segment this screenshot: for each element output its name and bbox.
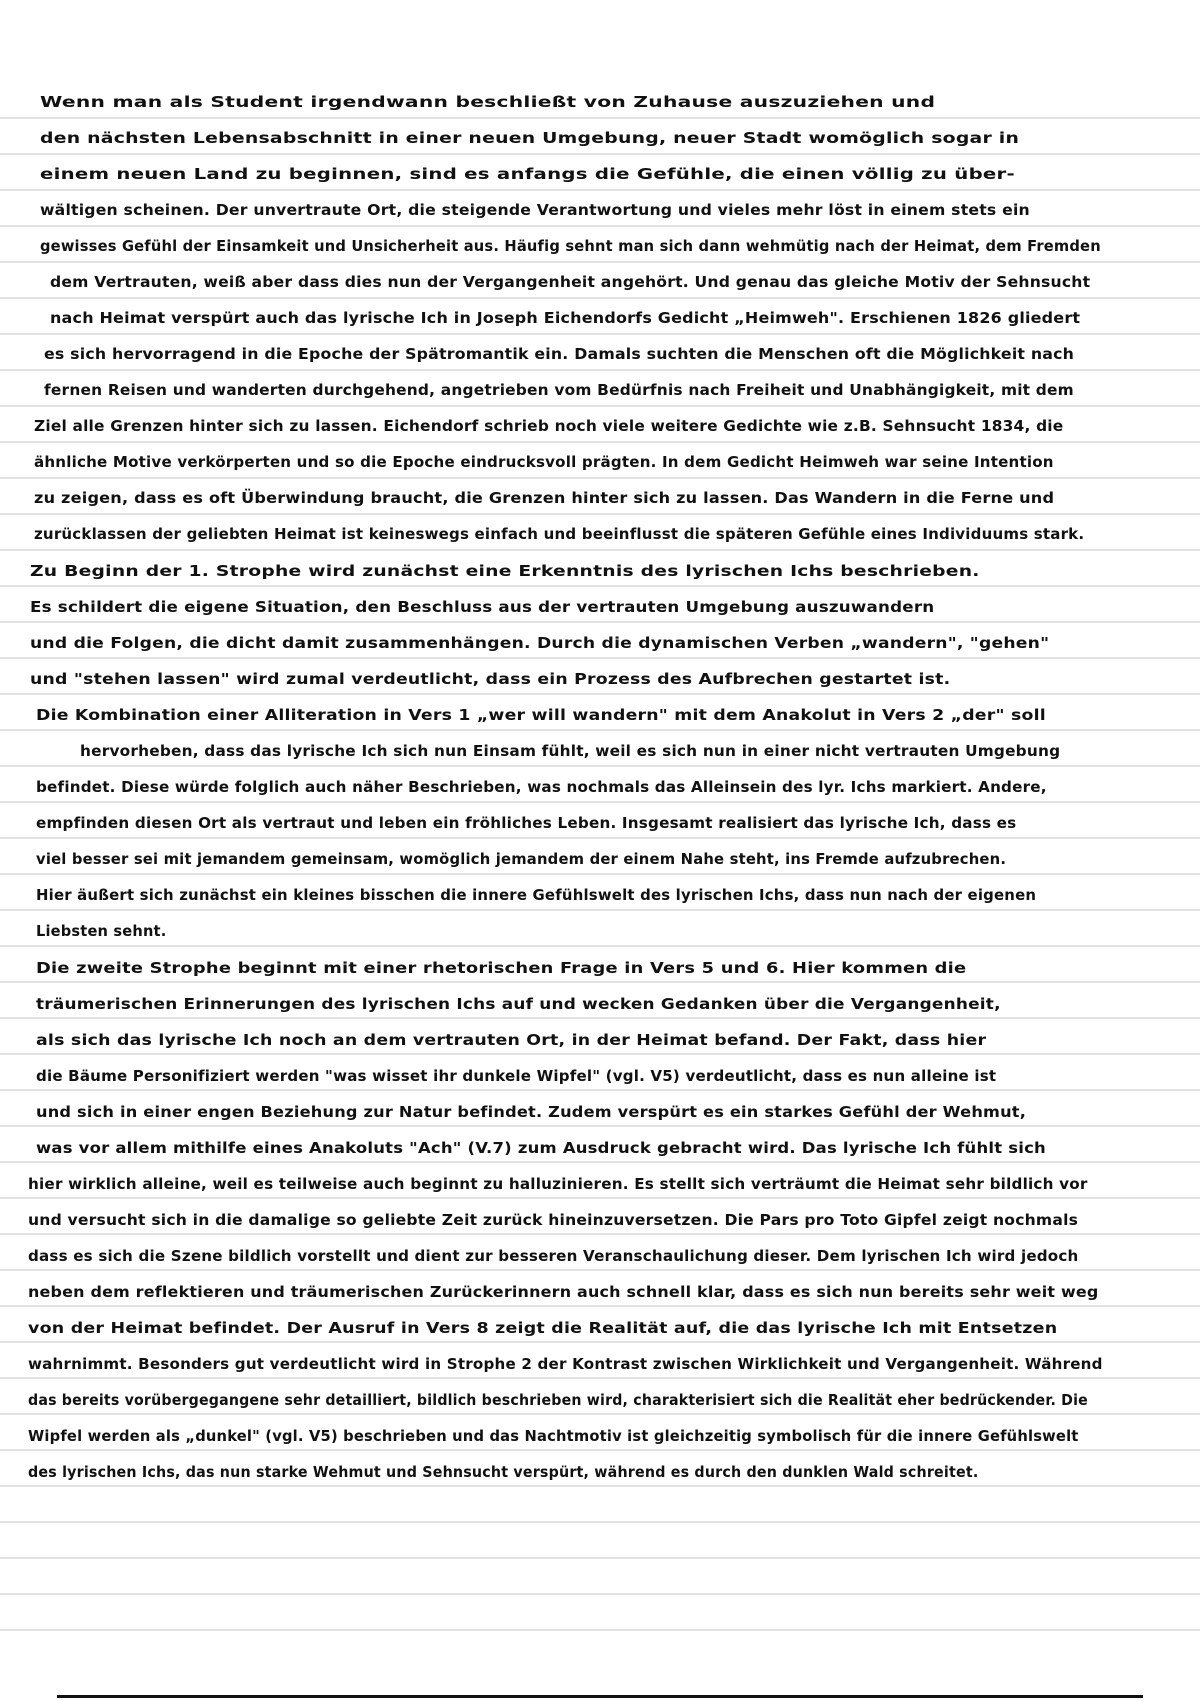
top-margin <box>0 0 1200 83</box>
handwritten-line: zu zeigen, dass es oft Überwindung brauc… <box>34 480 1054 516</box>
handwritten-line: Wenn man als Student irgendwann beschlie… <box>40 84 935 120</box>
handwritten-line: von der Heimat befindet. Der Ausruf in V… <box>28 1310 1057 1346</box>
handwritten-line: Hier äußert sich zunächst ein kleines bi… <box>36 877 1036 913</box>
handwritten-line: einem neuen Land zu beginnen, sind es an… <box>40 156 1015 192</box>
handwritten-line: des lyrischen Ichs, das nun starke Wehmu… <box>28 1454 978 1490</box>
handwritten-line: Wipfel werden als „dunkel" (vgl. V5) bes… <box>28 1418 1079 1454</box>
handwritten-line: zurücklassen der geliebten Heimat ist ke… <box>34 516 1084 552</box>
handwritten-line: das bereits vorübergegangene sehr detail… <box>28 1382 1088 1418</box>
handwritten-line: und versucht sich in die damalige so gel… <box>28 1202 1078 1238</box>
handwritten-line: gewisses Gefühl der Einsamkeit und Unsic… <box>40 228 1101 264</box>
handwritten-line: den nächsten Lebensabschnitt in einer ne… <box>40 120 1019 156</box>
handwritten-line: hervorheben, dass das lyrische Ich sich … <box>80 733 1060 769</box>
handwritten-line: empfinden diesen Ort als vertraut und le… <box>36 805 1016 841</box>
bottom-divider <box>57 1695 1143 1698</box>
handwritten-line: befindet. Diese würde folglich auch nähe… <box>36 769 1047 805</box>
handwritten-line: viel besser sei mit jemandem gemeinsam, … <box>36 841 1006 877</box>
handwritten-line: träumerischen Erinnerungen des lyrischen… <box>36 986 1001 1022</box>
handwritten-line: Liebsten sehnt. <box>36 913 166 949</box>
handwritten-line: und die Folgen, die dicht damit zusammen… <box>30 625 1049 661</box>
bottom-margin <box>0 1635 1200 1700</box>
handwritten-line: dem Vertrauten, weiß aber dass dies nun … <box>50 264 1090 300</box>
handwritten-line: dass es sich die Szene bildlich vorstell… <box>28 1238 1079 1274</box>
handwritten-line: nach Heimat verspürt auch das lyrische I… <box>50 300 1080 336</box>
handwritten-line: neben dem reflektieren und träumerischen… <box>28 1274 1099 1310</box>
handwritten-line: fernen Reisen und wanderten durchgehend,… <box>44 372 1074 408</box>
handwritten-line: Zu Beginn der 1. Strophe wird zunächst e… <box>30 553 980 589</box>
handwritten-line: Ziel alle Grenzen hinter sich zu lassen.… <box>34 408 1063 444</box>
handwritten-line: wältigen scheinen. Der unvertraute Ort, … <box>40 192 1030 228</box>
handwritten-line: was vor allem mithilfe eines Anakoluts "… <box>36 1130 1046 1166</box>
handwritten-line: Die Kombination einer Alliteration in Ve… <box>36 697 1046 733</box>
handwritten-line: ähnliche Motive verkörperten und so die … <box>34 444 1054 480</box>
handwritten-line: wahrnimmt. Besonders gut verdeutlicht wi… <box>28 1346 1103 1382</box>
handwritten-line: und sich in einer engen Beziehung zur Na… <box>36 1094 1026 1130</box>
handwritten-line: Die zweite Strophe beginnt mit einer rhe… <box>36 950 966 986</box>
handwritten-line: es sich hervorragend in die Epoche der S… <box>44 336 1074 372</box>
handwritten-line: die Bäume Personifiziert werden "was wis… <box>36 1058 996 1094</box>
handwritten-line: hier wirklich alleine, weil es teilweise… <box>28 1166 1088 1202</box>
handwritten-line: und "stehen lassen" wird zumal verdeutli… <box>30 661 950 697</box>
handwritten-line: Es schildert die eigene Situation, den B… <box>30 589 934 625</box>
lined-notebook-page: Wenn man als Student irgendwann beschlie… <box>0 0 1200 1700</box>
handwritten-line: als sich das lyrische Ich noch an dem ve… <box>36 1022 986 1058</box>
